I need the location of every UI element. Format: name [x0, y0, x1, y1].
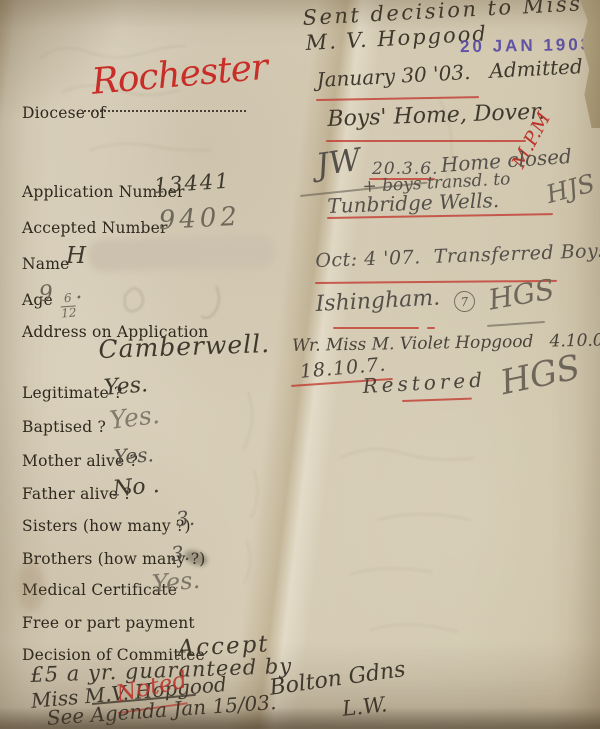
red-underline-place-dash: [427, 327, 435, 329]
sisters-label: Sisters (how many ?): [22, 517, 191, 535]
accepted-number-value: 9402: [158, 202, 242, 236]
paper-stain: [18, 560, 44, 612]
age-value: 9 612.: [38, 279, 84, 321]
guarantor-initials: L.W.: [341, 692, 388, 721]
redacted-name-smudge: [92, 239, 271, 269]
diocese-label: Diocese of: [22, 104, 106, 122]
name-value-initial: H: [66, 243, 86, 269]
legitimate-value: Yes.: [103, 372, 149, 401]
diocese-dotted-line: [84, 108, 246, 112]
mother-alive-value: Yes.: [113, 442, 154, 469]
free-or-part-payment-label: Free or part payment: [22, 614, 195, 632]
medical-certificate-value: Yes.: [151, 566, 201, 598]
father-alive-value: No .: [112, 473, 160, 502]
closure-monogram: JW: [314, 142, 363, 184]
name-label: Name: [22, 255, 69, 273]
address-value: Camberwell.: [98, 329, 271, 364]
sisters-value: 3.: [175, 506, 196, 531]
baptised-value: Yes.: [108, 400, 161, 435]
red-underline-place: [333, 327, 419, 329]
scanned-document: Diocese of Rochester Application Number …: [0, 0, 600, 729]
baptised-label: Baptised ?: [22, 418, 106, 436]
accepted-number-label: Accepted Number: [22, 219, 168, 237]
